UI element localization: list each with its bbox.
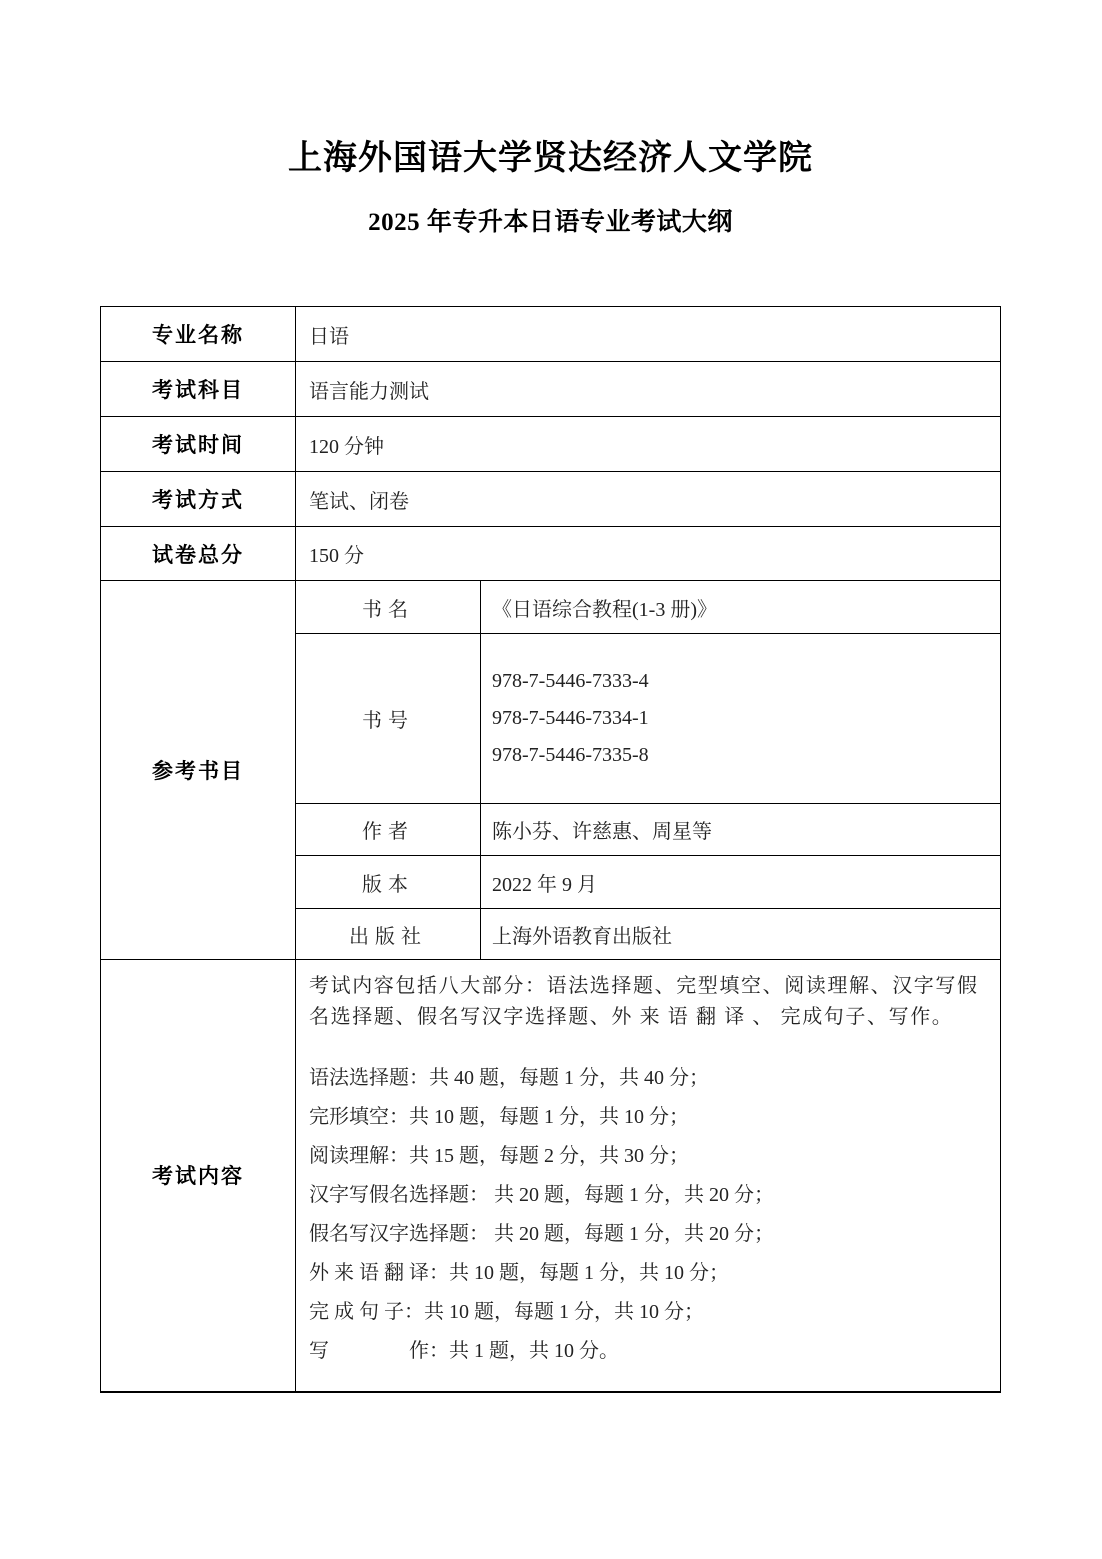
row-book-title: 参考书目 书名 《日语综合教程(1-3 册)》 xyxy=(101,581,1001,634)
item-cloze: 完形填空：共 10 题，每题 1 分，共 10 分； xyxy=(309,1098,986,1137)
exam-content-intro: 考试内容包括八大部分：语法选择题、完型填空、阅读理解、汉字写假 名选择题、假名写… xyxy=(309,971,986,1033)
label-major-name: 专业名称 xyxy=(101,307,296,362)
value-exam-content: 考试内容包括八大部分：语法选择题、完型填空、阅读理解、汉字写假 名选择题、假名写… xyxy=(296,960,1001,1392)
value-publisher: 上海外语教育出版社 xyxy=(481,909,1001,960)
value-exam-time: 120 分钟 xyxy=(296,417,1001,472)
item-kana-to-kanji: 假名写汉字选择题： 共 20 题，每题 1 分，共 20 分； xyxy=(309,1215,986,1254)
isbn-1: 978-7-5446-7333-4 xyxy=(492,663,1000,700)
item-sentence-completion: 完 成 句 子：共 10 题，每题 1 分，共 10 分； xyxy=(309,1293,986,1332)
label-exam-content: 考试内容 xyxy=(101,960,296,1392)
item-writing: 写 作：共 1 题，共 10 分。 xyxy=(309,1332,986,1371)
value-edition: 2022 年 9 月 xyxy=(481,856,1001,909)
value-isbn-list: 978-7-5446-7333-4 978-7-5446-7334-1 978-… xyxy=(481,634,1001,804)
value-exam-subject: 语言能力测试 xyxy=(296,362,1001,417)
value-major-name: 日语 xyxy=(296,307,1001,362)
sublabel-edition: 版本 xyxy=(296,856,481,909)
row-exam-content: 考试内容 考试内容包括八大部分：语法选择题、完型填空、阅读理解、汉字写假 名选择… xyxy=(101,960,1001,1392)
sublabel-isbn: 书号 xyxy=(296,634,481,804)
row-exam-subject: 考试科目 语言能力测试 xyxy=(101,362,1001,417)
sublabel-publisher: 出版社 xyxy=(296,909,481,960)
label-total-score: 试卷总分 xyxy=(101,527,296,581)
value-book-title: 《日语综合教程(1-3 册)》 xyxy=(481,581,1001,634)
label-reference-books: 参考书目 xyxy=(101,581,296,960)
document-title: 上海外国语大学贤达经济人文学院 xyxy=(100,138,1001,179)
value-author: 陈小芬、许慈惠、周星等 xyxy=(481,804,1001,856)
item-grammar: 语法选择题：共 40 题，每题 1 分，共 40 分； xyxy=(309,1059,986,1098)
blank-line xyxy=(309,1033,986,1059)
isbn-2: 978-7-5446-7334-1 xyxy=(492,700,1000,737)
label-exam-subject: 考试科目 xyxy=(101,362,296,417)
value-exam-method: 笔试、闭卷 xyxy=(296,472,1001,527)
item-loanword-translation: 外 来 语 翻 译：共 10 题，每题 1 分，共 10 分； xyxy=(309,1254,986,1293)
isbn-3: 978-7-5446-7335-8 xyxy=(492,737,1000,774)
intro-line-1: 考试内容包括八大部分：语法选择题、完型填空、阅读理解、汉字写假 xyxy=(309,971,986,1002)
row-exam-time: 考试时间 120 分钟 xyxy=(101,417,1001,472)
row-total-score: 试卷总分 150 分 xyxy=(101,527,1001,581)
intro-line-2: 名选择题、假名写汉字选择题、外 来 语 翻 译 、 完成句子、写作。 xyxy=(309,1002,986,1033)
document-subtitle: 2025 年专升本日语专业考试大纲 xyxy=(100,208,1001,238)
label-exam-method: 考试方式 xyxy=(101,472,296,527)
row-exam-method: 考试方式 笔试、闭卷 xyxy=(101,472,1001,527)
syllabus-table: 专业名称 日语 考试科目 语言能力测试 考试时间 120 分钟 考试方式 笔试、… xyxy=(100,306,1001,1393)
sublabel-book-title: 书名 xyxy=(296,581,481,634)
label-exam-time: 考试时间 xyxy=(101,417,296,472)
item-reading: 阅读理解：共 15 题，每题 2 分，共 30 分； xyxy=(309,1137,986,1176)
item-kanji-to-kana: 汉字写假名选择题： 共 20 题，每题 1 分，共 20 分； xyxy=(309,1176,986,1215)
document-page: 上海外国语大学贤达经济人文学院 2025 年专升本日语专业考试大纲 专业名称 日… xyxy=(0,0,1102,1559)
row-major-name: 专业名称 日语 xyxy=(101,307,1001,362)
value-total-score: 150 分 xyxy=(296,527,1001,581)
exam-content-items: 语法选择题：共 40 题，每题 1 分，共 40 分； 完形填空：共 10 题，… xyxy=(309,1059,986,1371)
sublabel-author: 作者 xyxy=(296,804,481,856)
